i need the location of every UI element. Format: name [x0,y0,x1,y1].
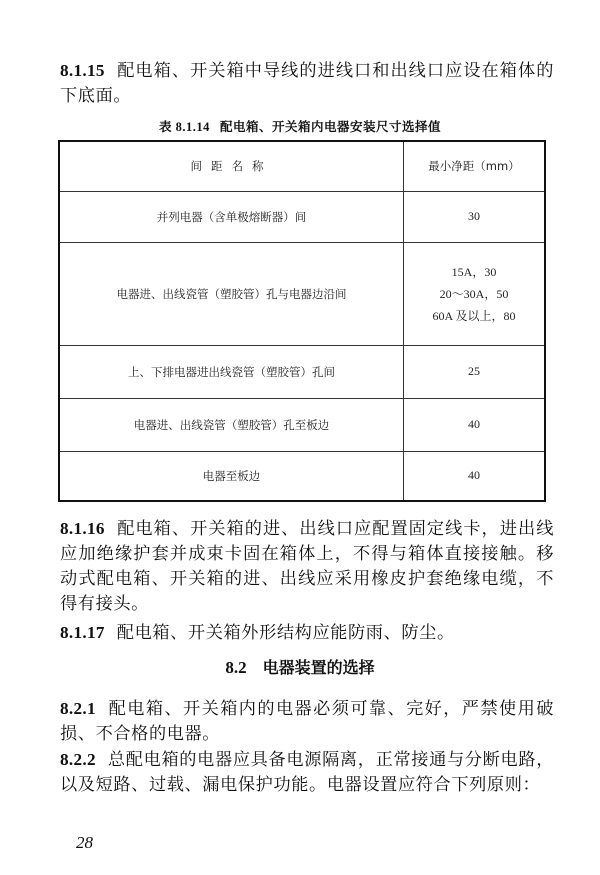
clause-text: 配电箱、开关箱中导线的进线口和出线口应设在箱体的下底面。 [60,61,554,106]
section-heading: 8.2电器装置的选择 [0,655,600,678]
header-min-clearance: 最小净距（mm） [404,141,546,191]
row-value: 40 [404,451,546,501]
row-value: 30 [404,191,546,242]
clause-number: 8.2.2 [60,750,96,769]
clause-text: 配电箱、开关箱的进、出线口应配置固定线卡，进出线应加绝缘护套并成束卡固在箱体上，… [60,519,554,614]
row-value: 25 [404,345,546,398]
header-spacing-name: 间距名称 [59,141,404,191]
clause-number: 8.1.15 [60,61,105,80]
row-name: 电器进、出线瓷管（塑胶管）孔至板边 [59,398,404,451]
clause-8-1-15: 8.1.15配电箱、开关箱中导线的进线口和出线口应设在箱体的下底面。 [60,58,554,109]
row-name: 上、下排电器进出线瓷管（塑胶管）孔间 [59,345,404,398]
clause-number: 8.2.1 [60,699,96,718]
clause-8-2-1: 8.2.1配电箱、开关箱内的电器必须可靠、完好，严禁使用破损、不合格的电器。 [60,696,554,747]
clause-8-1-17: 8.1.17配电箱、开关箱外形结构应能防雨、防尘。 [60,620,554,646]
clause-8-2-2: 8.2.2总配电箱的电器应具备电源隔离，正常接通与分断电路，以及短路、过载、漏电… [60,747,554,798]
clause-number: 8.1.17 [60,623,105,642]
clause-8-1-16: 8.1.16配电箱、开关箱的进、出线口应配置固定线卡，进出线应加绝缘护套并成束卡… [60,516,554,617]
table-caption: 表 8.1.14配电箱、开关箱内电器安装尺寸选择值 [0,117,600,135]
clause-number: 8.1.16 [60,519,105,538]
row-name: 并列电器（含单极熔断器）间 [59,191,404,242]
table-number: 表 8.1.14 [159,120,210,134]
row-name: 电器至板边 [59,451,404,501]
table-title: 配电箱、开关箱内电器安装尺寸选择值 [220,119,441,134]
section-number: 8.2 [225,658,246,677]
page-number: 28 [76,833,93,853]
clause-text: 总配电箱的电器应具备电源隔离，正常接通与分断电路，以及短路、过载、漏电保护功能。… [60,750,554,795]
row-name: 电器进、出线瓷管（塑胶管）孔与电器边沿间 [59,242,404,345]
table-header-row: 间距名称 最小净距（mm） [59,141,545,191]
table-row: 并列电器（含单极熔断器）间 30 [59,191,545,242]
table-row: 电器进、出线瓷管（塑胶管）孔与电器边沿间 15A，30 20～30A，50 60… [59,242,545,345]
clause-text: 配电箱、开关箱外形结构应能防雨、防尘。 [117,623,455,643]
table-row: 上、下排电器进出线瓷管（塑胶管）孔间 25 [59,345,545,398]
value-line: 20～30A，50 [404,283,544,305]
row-value: 15A，30 20～30A，50 60A 及以上，80 [404,242,546,345]
clause-text: 配电箱、开关箱内的电器必须可靠、完好，严禁使用破损、不合格的电器。 [60,699,554,744]
spacing-table: 间距名称 最小净距（mm） 并列电器（含单极熔断器）间 30 电器进、出线瓷管（… [58,140,546,502]
value-line: 60A 及以上，80 [404,305,544,327]
section-title: 电器装置的选择 [263,658,375,677]
table-row: 电器至板边 40 [59,451,545,501]
table-row: 电器进、出线瓷管（塑胶管）孔至板边 40 [59,398,545,451]
value-line: 15A，30 [404,261,544,283]
row-value: 40 [404,398,546,451]
